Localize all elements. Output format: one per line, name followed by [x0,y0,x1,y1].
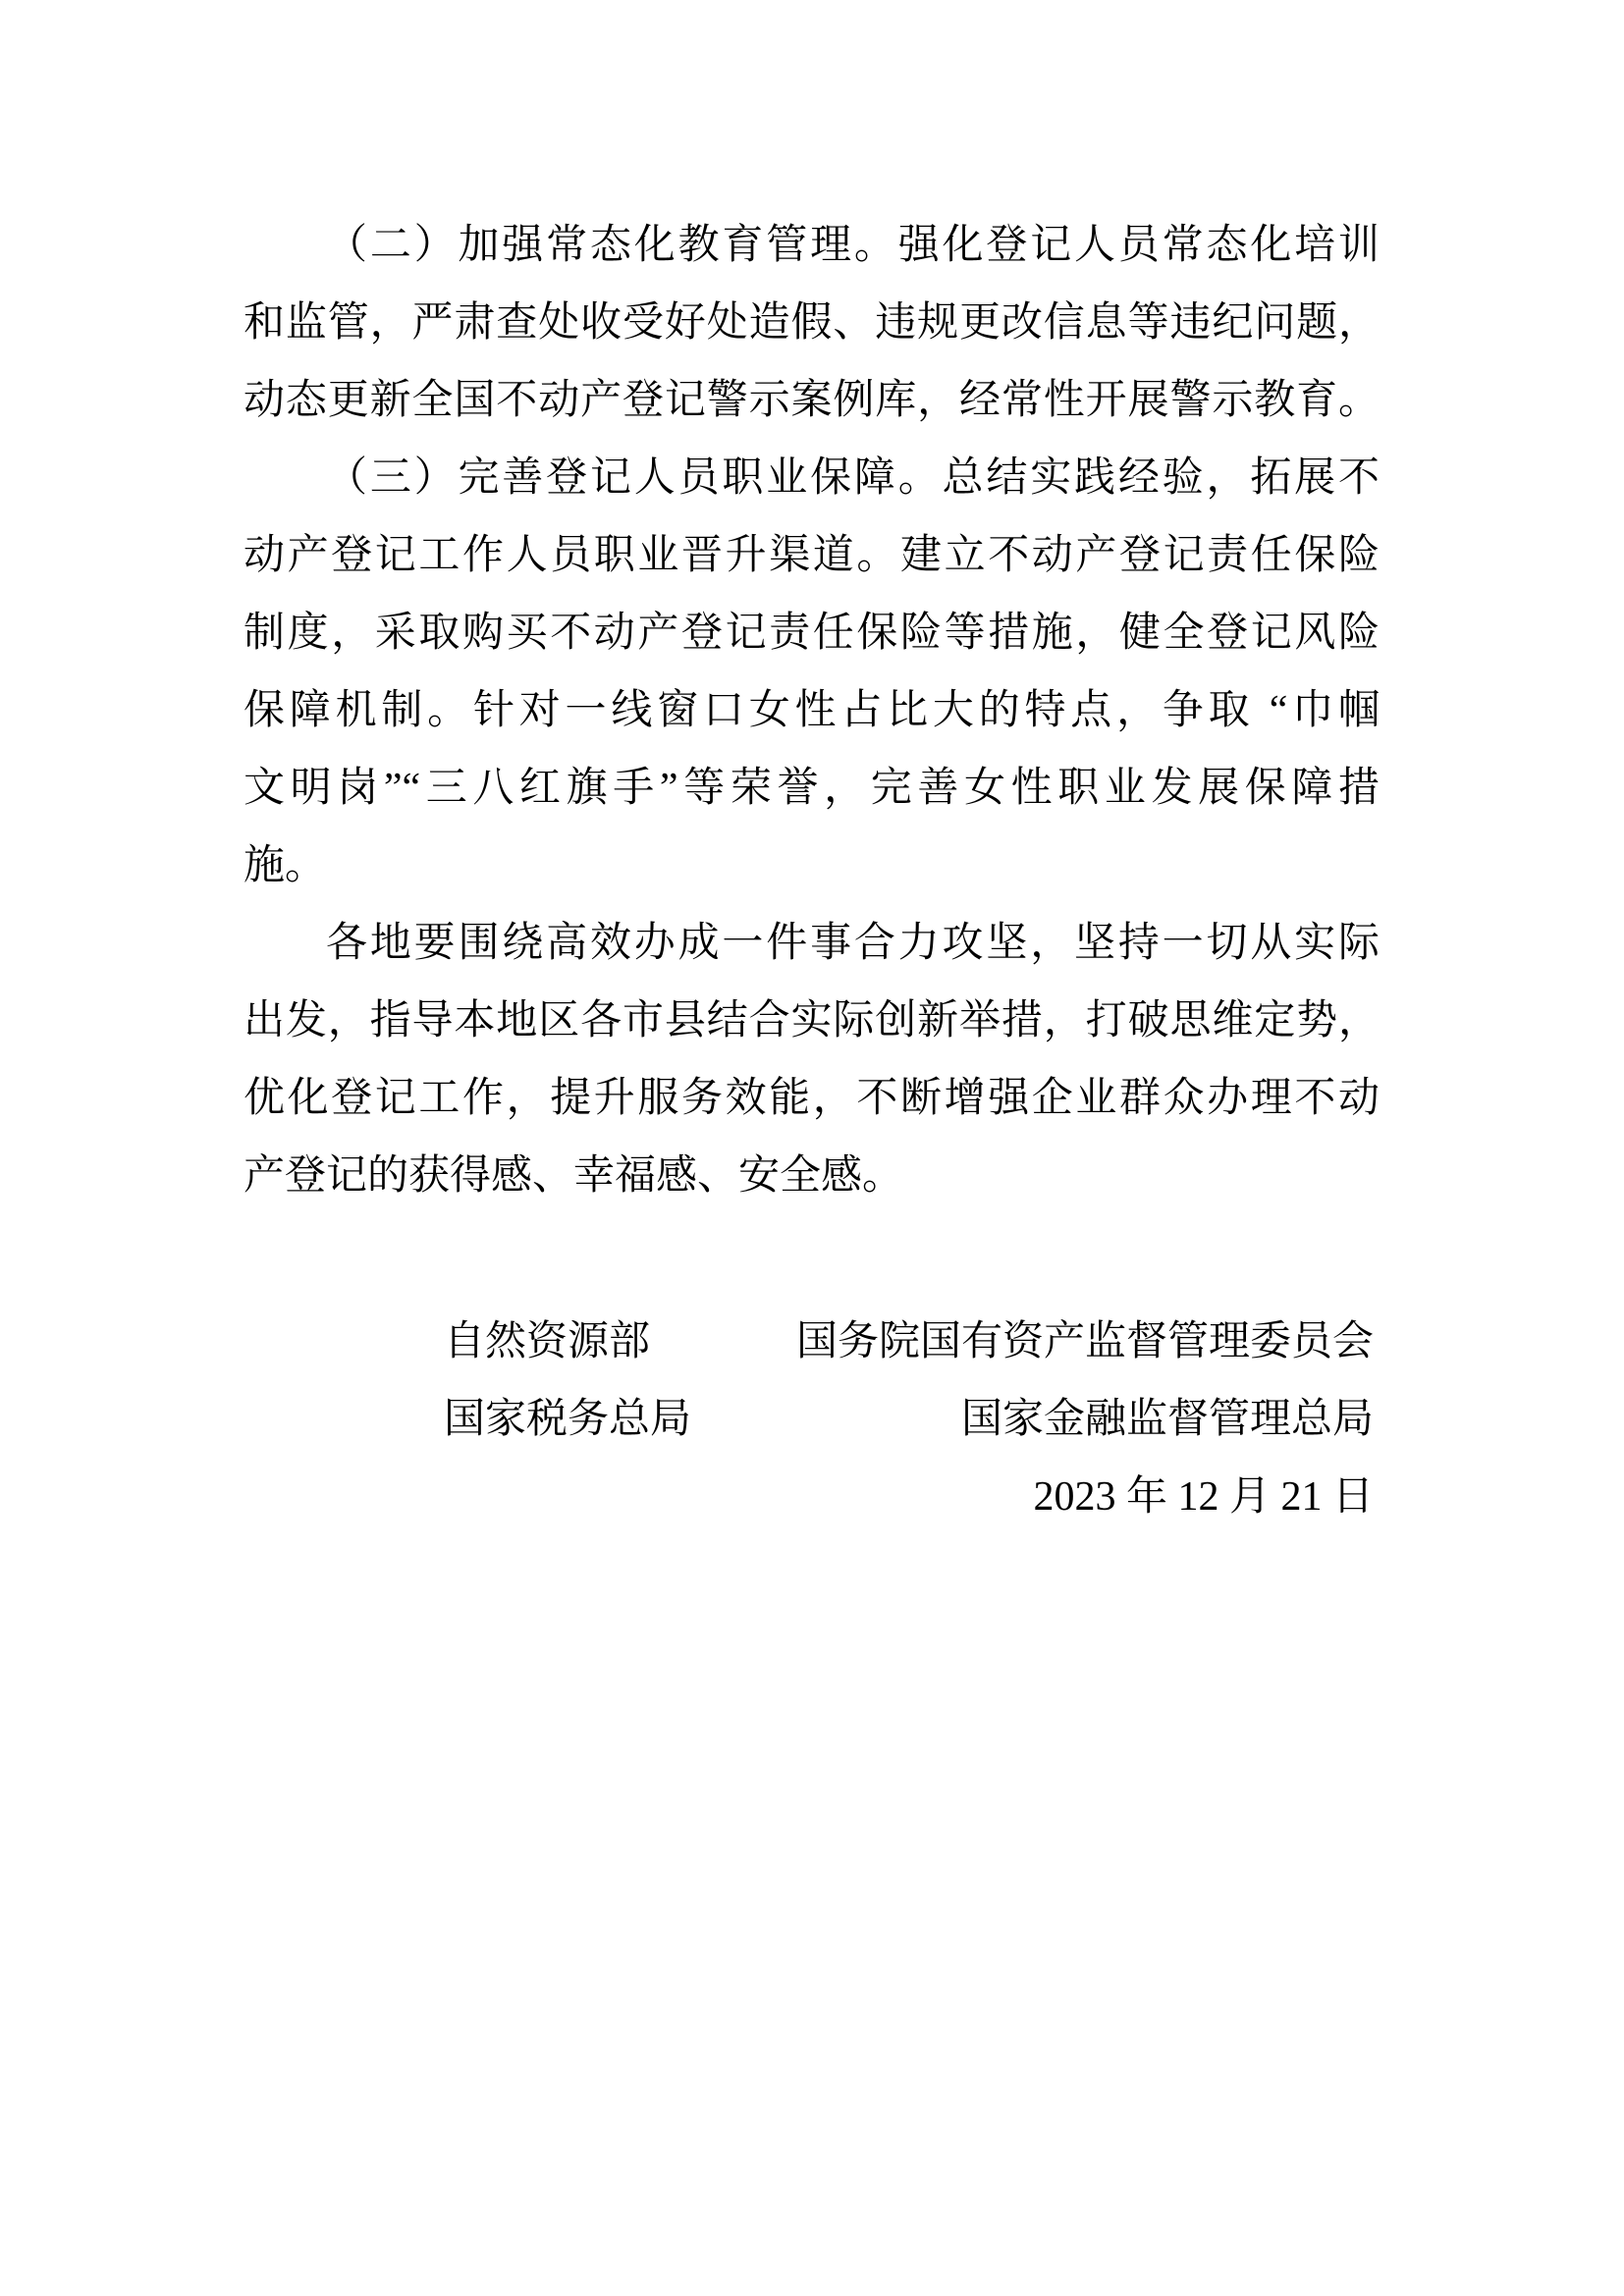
signature-block: 自然资源部 国务院国有资产监督管理委员会 国家税务总局 国家金融监督管理总局 2… [444,1304,1374,1536]
document-body: （二）加强常态化教育管理。强化登记人员常态化培训 和监管，严肃查处收受好处造假、… [244,207,1380,1215]
date-line: 2023 年 12 月 21 日 [444,1459,1374,1536]
paragraph-line: 动态更新全国不动产登记警示案例库，经常性开展警示教育。 [244,362,1380,440]
paragraph-line: 施。 [244,828,1380,905]
paragraph-line: 文明岗”“三八红旗手”等荣誉，完善女性职业发展保障措 [244,750,1380,828]
signature-agency: 自然资源部 [444,1304,650,1381]
signature-agency: 国家税务总局 [444,1381,691,1459]
signature-row: 自然资源部 国务院国有资产监督管理委员会 [444,1304,1374,1381]
paragraph-line: 各地要围绕高效办成一件事合力攻坚，坚持一切从实际 [244,905,1380,983]
paragraph-line: （二）加强常态化教育管理。强化登记人员常态化培训 [244,207,1380,285]
paragraph-line: 保障机制。针对一线窗口女性占比大的特点，争取 “巾帼 [244,672,1380,750]
paragraph-line: 和监管，严肃查处收受好处造假、违规更改信息等违纪问题， [244,285,1380,362]
paragraph-line: 制度，采取购买不动产登记责任保险等措施，健全登记风险 [244,595,1380,672]
paragraph-line: 出发，指导本地区各市县结合实际创新举措，打破思维定势， [244,983,1380,1060]
document-page: （二）加强常态化教育管理。强化登记人员常态化培训 和监管，严肃查处收受好处造假、… [0,0,1624,2296]
signature-row: 国家税务总局 国家金融监督管理总局 [444,1381,1374,1459]
paragraph-line: 动产登记工作人员职业晋升渠道。建立不动产登记责任保险 [244,517,1380,595]
signature-agency: 国务院国有资产监督管理委员会 [796,1304,1374,1381]
signature-agency: 国家金融监督管理总局 [961,1381,1374,1459]
paragraph-line: 产登记的获得感、幸福感、安全感。 [244,1138,1380,1215]
paragraph-line: 优化登记工作，提升服务效能，不断增强企业群众办理不动 [244,1060,1380,1138]
paragraph-line: （三）完善登记人员职业保障。总结实践经验，拓展不 [244,440,1380,517]
